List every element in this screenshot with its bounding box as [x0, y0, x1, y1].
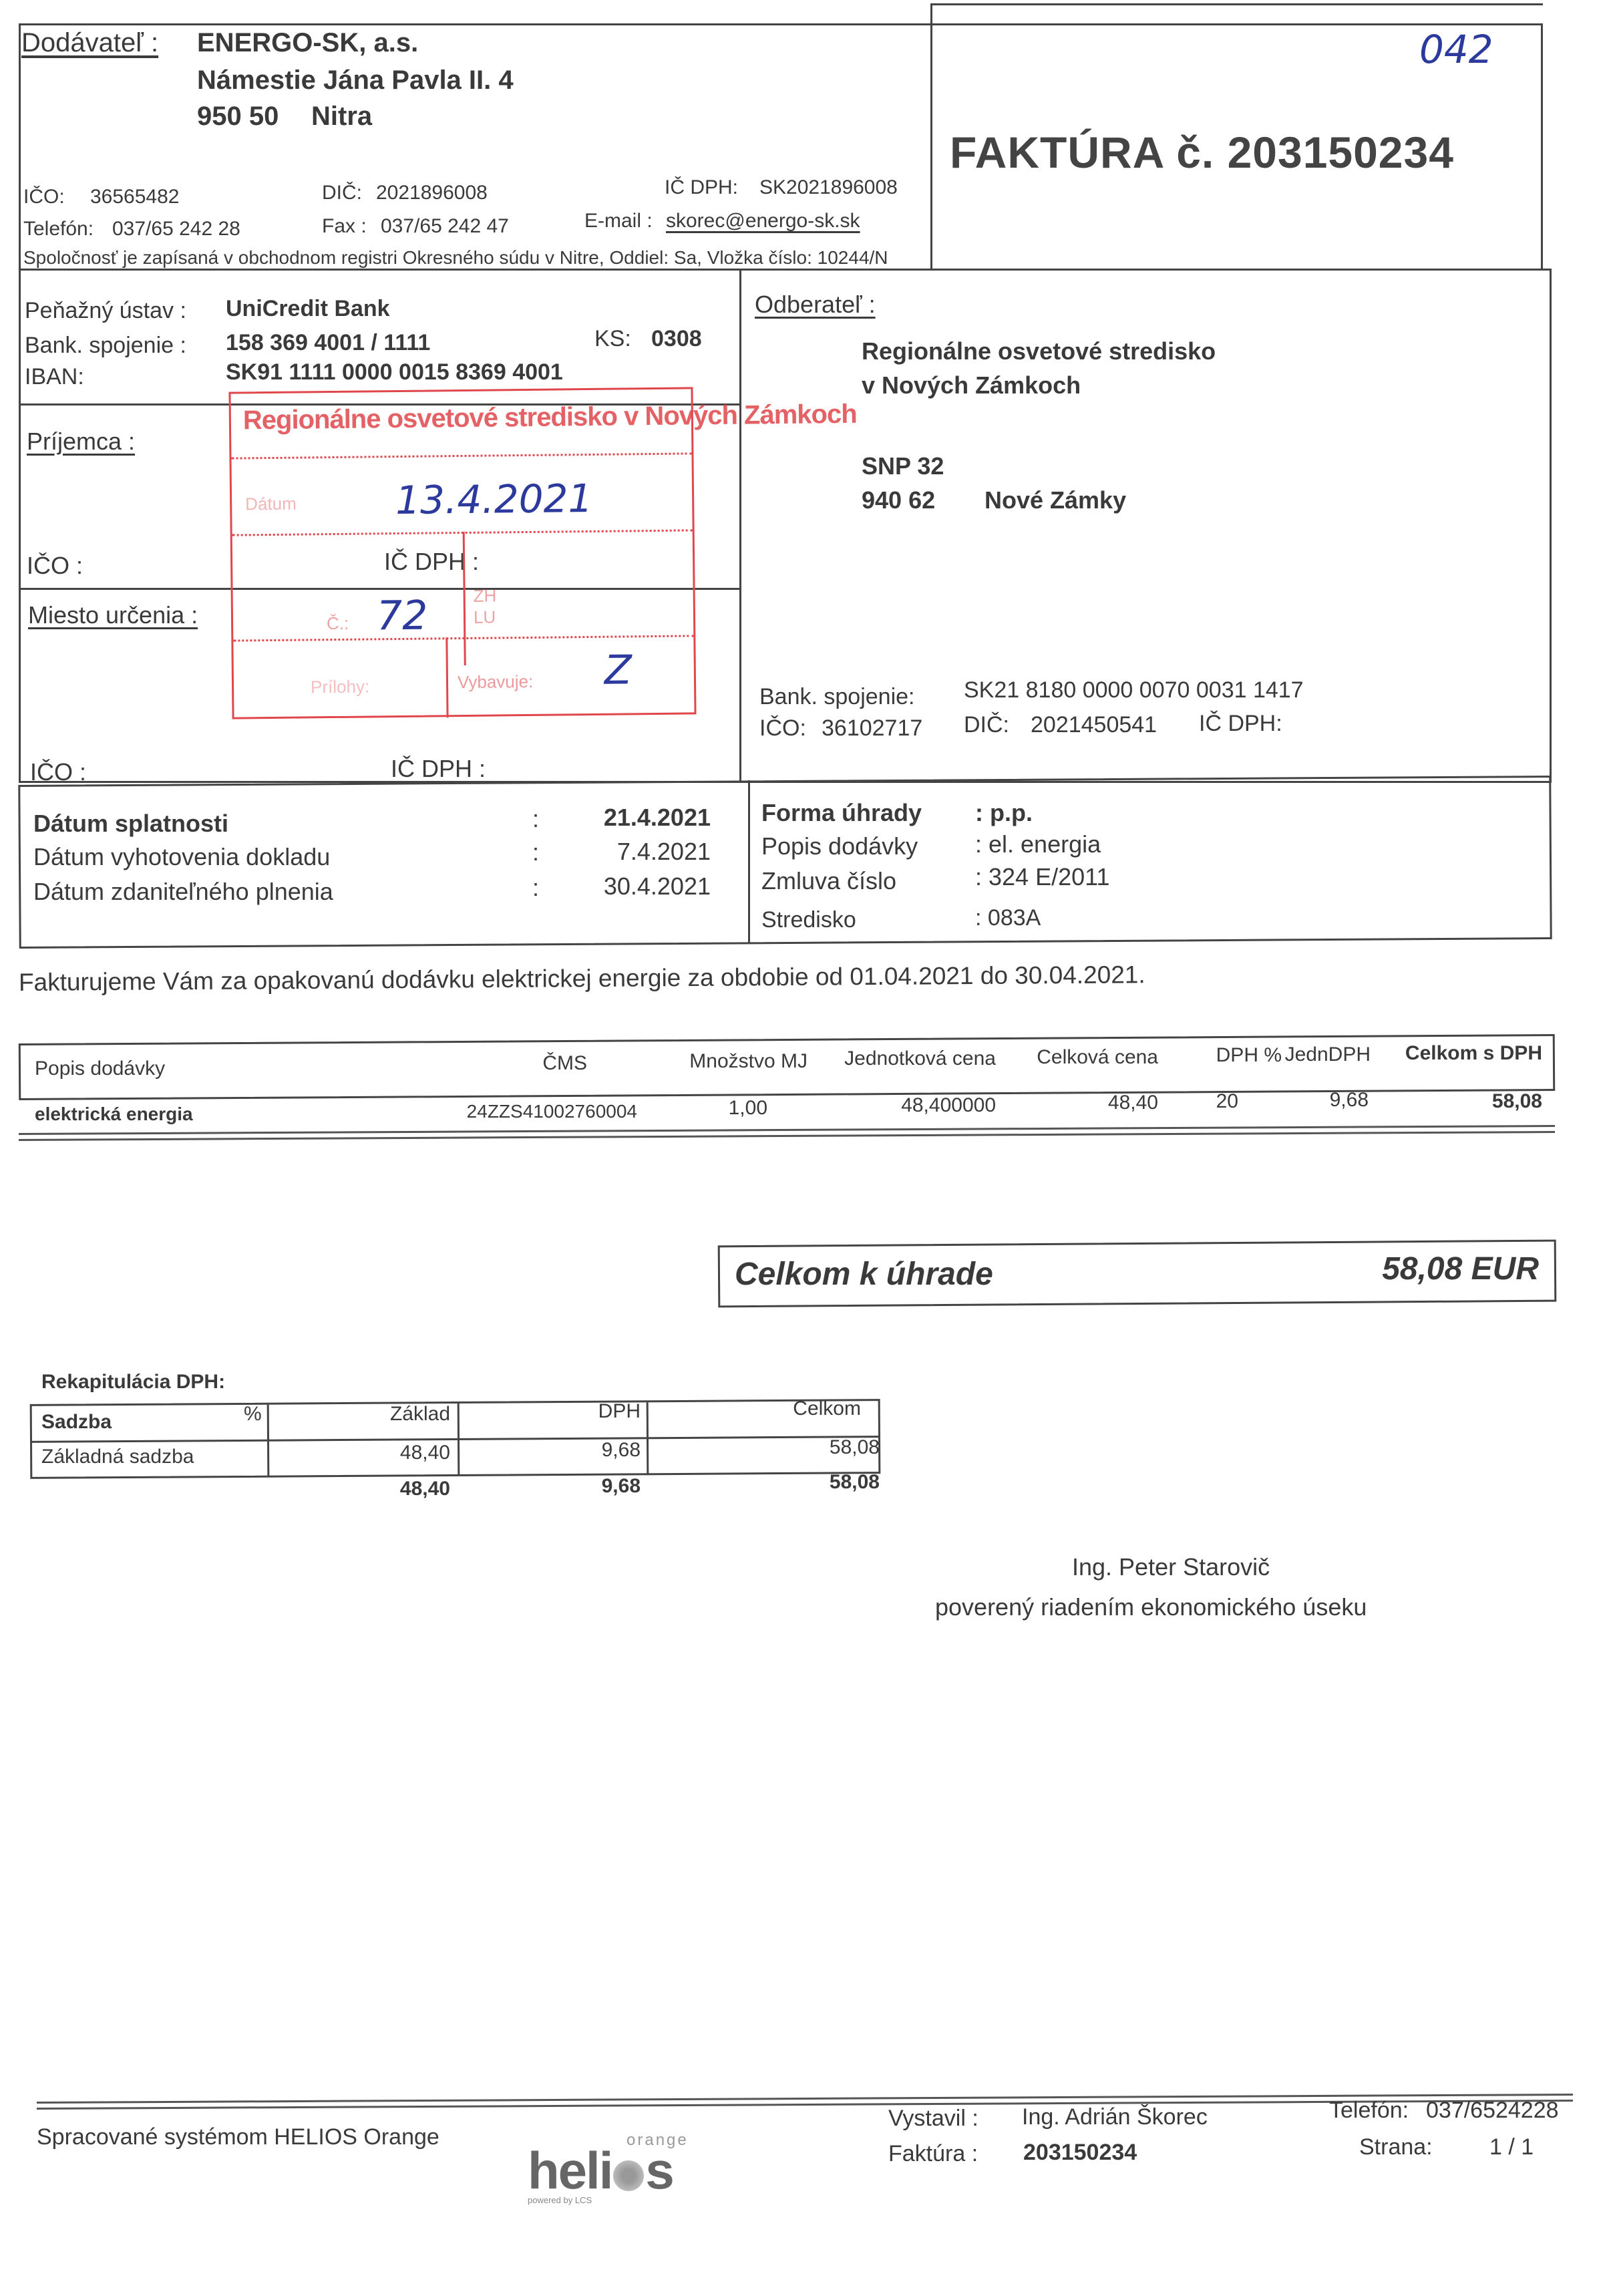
supplier-email-label: E-mail :	[584, 210, 653, 232]
vat-title: Rekapitulácia DPH:	[41, 1371, 225, 1393]
dates-divider	[748, 780, 750, 944]
footer-page: 1 / 1	[1489, 2134, 1534, 2160]
footer-page-label: Strana:	[1359, 2134, 1433, 2160]
bank-account-label: Bank. spojenie :	[25, 333, 186, 359]
supplier-zip: 950 50	[197, 102, 279, 132]
vat-row-rate: Základná sadzba	[41, 1446, 194, 1468]
helios-logo-tail: s	[645, 2141, 673, 2200]
supplier-registry: Spoločnosť je zapísaná v obchodnom regis…	[23, 247, 888, 269]
due-date: 21.4.2021	[604, 804, 711, 832]
intro-text: Fakturujeme Vám za opakovanú dodávku ele…	[19, 961, 1145, 997]
supplier-ico-label: IČO:	[23, 186, 65, 208]
stamp-line-1	[231, 452, 692, 459]
taxable-colon: :	[532, 874, 539, 902]
payment-contract-label: Zmluva číslo	[761, 867, 896, 895]
signature-role: poverený riadením ekonomického úseku	[935, 1593, 1367, 1621]
payment-method-value: p.p.	[990, 799, 1033, 826]
stamp-marks: ZH LU	[474, 585, 501, 627]
supplier-fax-label: Fax :	[322, 215, 367, 238]
taxable-date: 30.4.2021	[604, 872, 711, 900]
sun-icon	[613, 2160, 644, 2191]
due-label: Dátum splatnosti	[33, 810, 228, 838]
vat-row-vat: 9,68	[602, 1439, 641, 1462]
customer-name-line2: v Nových Zámkoch	[862, 371, 1081, 399]
supplier-phone-label: Telefón:	[23, 218, 94, 240]
item-unit-price: 48,400000	[901, 1094, 996, 1117]
payment-desc-value: el. energia	[989, 830, 1101, 858]
stamp-divider-2	[445, 637, 448, 717]
customer-dic: 2021450541	[1031, 712, 1157, 738]
destination-ico-label: IČO :	[30, 758, 86, 786]
handwritten-number: 042	[1419, 27, 1493, 72]
stamp-handler-label: Vybavuje:	[458, 671, 534, 693]
items-header-cms: ČMS	[542, 1052, 587, 1075]
helios-logo-text: heli	[528, 2141, 612, 2200]
issued-colon: :	[532, 838, 539, 866]
items-bottom-rule	[19, 1125, 1555, 1141]
footer-issued-by-label: Vystavil :	[888, 2106, 978, 2132]
customer-bank-label: Bank. spojenie:	[759, 684, 915, 710]
payment-method-label: Forma úhrady	[761, 799, 922, 827]
stamp-number-value: 72	[377, 593, 428, 640]
payment-desc: : el. energia	[975, 830, 1101, 858]
vat-sum-total: 58,08	[830, 1471, 880, 1494]
customer-bank: SK21 8180 0000 0070 0031 1417	[964, 677, 1304, 703]
stamp-divider-1	[463, 532, 466, 665]
stamp-date-value: 13.4.2021	[395, 476, 593, 523]
signature-name: Ing. Peter Starovič	[1072, 1553, 1270, 1581]
bank-account: 158 369 4001 / 1111	[226, 330, 430, 356]
stamp-handler-value: Z	[604, 647, 632, 693]
parties-divider	[739, 269, 741, 783]
vat-header-base: Základ	[390, 1403, 450, 1426]
vat-header-pct: %	[244, 1403, 262, 1426]
customer-ico: 36102717	[822, 715, 922, 742]
supplier-street: Námestie Jána Pavla II. 4	[197, 65, 514, 96]
issued-date: 7.4.2021	[617, 838, 711, 866]
item-total-vat: 58,08	[1492, 1090, 1542, 1113]
items-header-unit-vat: JednDPH	[1285, 1043, 1371, 1066]
vat-row-total: 58,08	[830, 1436, 880, 1459]
customer-street: SNP 32	[862, 452, 944, 480]
recipient-ico-label: IČO :	[27, 552, 83, 580]
header-divider	[930, 3, 932, 271]
header-top-right-line	[930, 3, 1543, 5]
supplier-ico: 36565482	[90, 186, 179, 208]
vat-col-3	[647, 1402, 649, 1474]
payment-center-label: Stredisko	[761, 907, 856, 933]
footer-phone-label: Telefón:	[1329, 2098, 1409, 2124]
payment-contract: : 324 E/2011	[975, 863, 1110, 891]
footer-phone: 037/6524228	[1426, 2098, 1559, 2124]
payment-center-value: 083A	[988, 905, 1041, 931]
items-header-unit-price: Jednotková cena	[844, 1047, 996, 1070]
payment-center: : 083A	[975, 905, 1041, 931]
footer-invoice-label: Faktúra :	[888, 2141, 978, 2167]
supplier-icdph-label: IČ DPH:	[665, 176, 738, 199]
customer-label: Odberateľ :	[755, 291, 876, 319]
total-label: Celkom k úhrade	[735, 1256, 993, 1293]
footer-invoice-no: 203150234	[1023, 2140, 1137, 2166]
helios-logo-word: helis	[528, 2140, 673, 2201]
vat-col-2	[458, 1404, 460, 1475]
helios-logo-powered: powered by LCS	[528, 2195, 592, 2205]
stamp-attachments-label: Prílohy:	[311, 676, 369, 697]
supplier-name: ENERGO-SK, a.s.	[197, 28, 418, 58]
vat-col-1	[267, 1405, 270, 1476]
receipt-stamp: Regionálne osvetové stredisko v Nových Z…	[228, 387, 696, 719]
supplier-dic-label: DIČ:	[322, 182, 362, 204]
item-total-price: 48,40	[1108, 1092, 1158, 1114]
issued-label: Dátum vyhotovenia dokladu	[33, 843, 330, 871]
item-unit-vat: 9,68	[1330, 1089, 1369, 1112]
vat-header-vat: DPH	[598, 1400, 641, 1423]
customer-city: Nové Zámky	[985, 486, 1126, 514]
vat-header-rate: Sadzba	[41, 1411, 112, 1434]
stamp-org: Regionálne osvetové stredisko v Nových Z…	[243, 399, 857, 436]
bank-institution-label: Peňažný ústav :	[25, 298, 186, 324]
vat-sum-vat: 9,68	[602, 1475, 641, 1498]
bank-ks: 0308	[651, 326, 702, 352]
customer-zip: 940 62	[862, 486, 935, 514]
payment-desc-label: Popis dodávky	[761, 832, 918, 860]
item-cms: 24ZZS41002760004	[467, 1101, 637, 1122]
vat-header-line	[32, 1436, 879, 1443]
bank-iban-label: IBAN:	[25, 364, 84, 390]
supplier-dic: 2021896008	[376, 182, 488, 204]
destination-label: Miesto určenia :	[28, 601, 198, 629]
bank-institution: UniCredit Bank	[226, 296, 390, 322]
bank-iban: SK91 1111 0000 0015 8369 4001	[226, 359, 563, 385]
supplier-icdph: SK2021896008	[759, 176, 898, 199]
items-header-total-price: Celková cena	[1037, 1046, 1158, 1069]
items-header-total-vat: Celkom s DPH	[1405, 1042, 1542, 1065]
customer-icdph-label: IČ DPH:	[1199, 711, 1282, 737]
supplier-label: Dodávateľ :	[21, 28, 158, 58]
supplier-phone: 037/65 242 28	[112, 218, 240, 240]
footer-issued-by: Ing. Adrián Škorec	[1022, 2104, 1208, 2130]
items-header-vat-pct: DPH %	[1216, 1044, 1282, 1067]
footer-system: Spracované systémom HELIOS Orange	[37, 2124, 439, 2150]
vat-sum-base: 48,40	[400, 1478, 450, 1500]
invoice-title: FAKTÚRA č. 203150234	[950, 127, 1454, 178]
customer-dic-label: DIČ:	[964, 712, 1009, 738]
vat-row-base: 48,40	[400, 1442, 450, 1464]
stamp-date-label: Dátum	[245, 494, 297, 515]
items-header-qty: Množstvo MJ	[689, 1050, 808, 1073]
item-qty: 1,00	[729, 1097, 767, 1120]
bank-ks-label: KS:	[594, 326, 631, 352]
payment-contract-value: 324 E/2011	[989, 863, 1110, 890]
customer-name-line1: Regionálne osvetové stredisko	[862, 337, 1216, 365]
vat-header-total: Celkom	[793, 1398, 861, 1420]
customer-ico-label: IČO:	[759, 715, 806, 742]
supplier-city: Nitra	[311, 102, 372, 132]
due-colon: :	[532, 805, 539, 833]
stamp-number-label: Č.:	[327, 613, 349, 634]
supplier-email-link[interactable]: skorec@energo-sk.sk	[666, 210, 860, 232]
payment-method: : p.p.	[975, 799, 1033, 827]
recipient-label: Príjemca :	[27, 428, 135, 456]
item-desc: elektrická energia	[35, 1104, 193, 1125]
items-header-desc: Popis dodávky	[35, 1057, 165, 1080]
item-vat-pct: 20	[1216, 1090, 1238, 1113]
total-value: 58,08 EUR	[1382, 1251, 1539, 1287]
taxable-label: Dátum zdaniteľného plnenia	[33, 878, 333, 906]
supplier-fax: 037/65 242 47	[381, 215, 509, 238]
destination-icdph-label: IČ DPH :	[391, 755, 486, 783]
